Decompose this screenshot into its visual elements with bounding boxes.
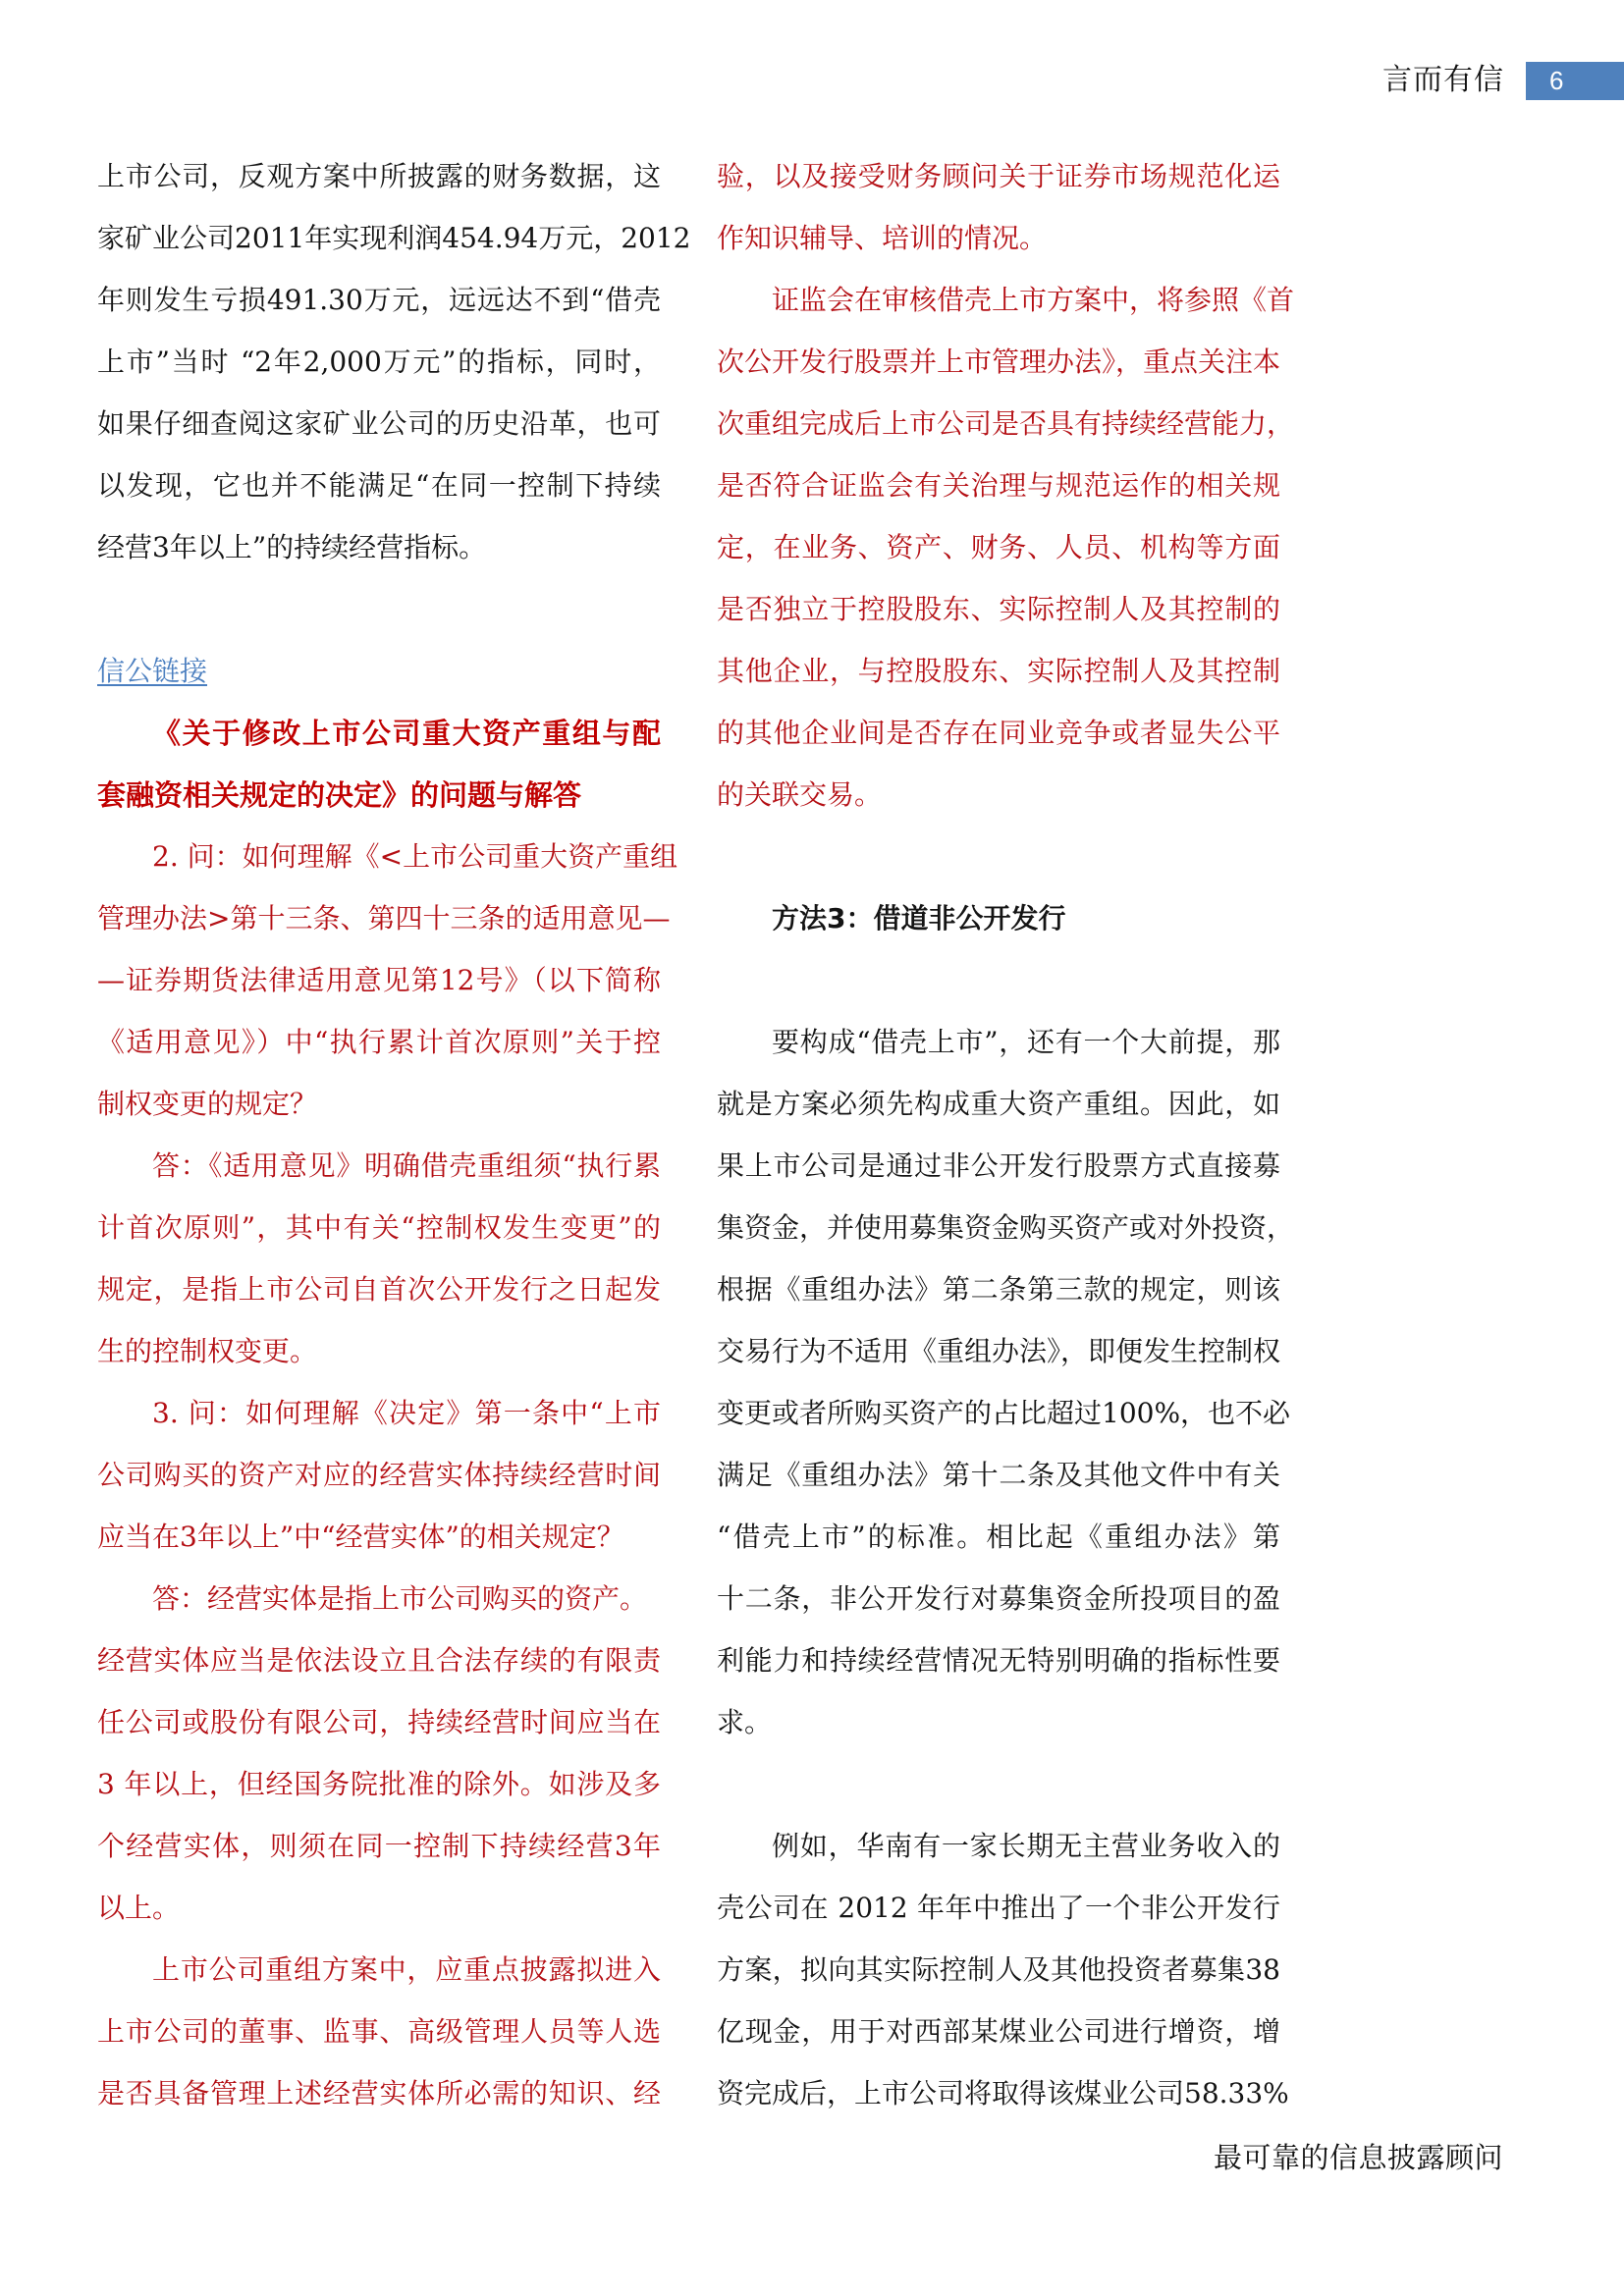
answer-line: 规定，是指上市公司自首次公开发行之日起发 — [97, 1270, 661, 1309]
answer-line: 经营实体应当是依法设立且合法存续的有限责 — [97, 1641, 661, 1681]
text-line: 就是方案必须先构成重大资产重组。因此，如 — [717, 1085, 1280, 1124]
text-line: 变更或者所购买资产的占比超过100%，也不必 — [717, 1394, 1280, 1433]
xingong-link-row: 信公链接 — [97, 652, 661, 691]
text-line: 其他企业，与控股股东、实际控制人及其控制 — [717, 652, 1280, 691]
text-line: 作知识辅导、培训的情况。 — [717, 219, 1280, 258]
text-line: 次重组完成后上市公司是否具有持续经营能力， — [717, 404, 1280, 444]
text-line: 上市公司重组方案中，应重点披露拟进入 — [97, 1950, 661, 1990]
answer-line: 3 年以上，但经国务院批准的除外。如涉及多 — [97, 1765, 661, 1804]
text-line: 以发现，它也并不能满足“在同一控制下持续 — [97, 466, 661, 506]
answer-line: 计首次原则”，其中有关“控制权发生变更”的 — [97, 1208, 661, 1248]
text-line: 是否符合证监会有关治理与规范运作的相关规 — [717, 466, 1280, 506]
question-line: 《适用意见》）中“执行累计首次原则”关于控 — [97, 1023, 661, 1062]
answer-line: 生的控制权变更。 — [97, 1332, 661, 1371]
text-line: 是否具备管理上述经营实体所必需的知识、经 — [97, 2074, 661, 2113]
question-line: 制权变更的规定？ — [97, 1085, 661, 1124]
text-line: 方案，拟向其实际控制人及其他投资者募集38 — [717, 1950, 1280, 1990]
text-line: 亿现金，用于对西部某煤业公司进行增资，增 — [717, 2012, 1280, 2052]
text-line: 的关联交易。 — [717, 775, 1280, 815]
question-line: 公司购买的资产对应的经营实体持续经营时间 — [97, 1456, 661, 1495]
text-line: 壳公司在 2012 年年中推出了一个非公开发行 — [717, 1889, 1280, 1928]
text-line: 上市公司的董事、监事、高级管理人员等人选 — [97, 2012, 661, 2052]
text-line: 定，在业务、资产、财务、人员、机构等方面 — [717, 528, 1280, 567]
question-line: 管理办法>第十三条、第四十三条的适用意见— — [97, 899, 661, 938]
question-line: 2. 问：如何理解《<上市公司重大资产重组 — [97, 837, 661, 877]
page-number-badge: 6 — [1526, 62, 1624, 100]
page-number: 6 — [1549, 66, 1563, 95]
footer-tagline: 最可靠的信息披露顾问 — [1214, 2138, 1503, 2177]
section-heading: 《关于修改上市公司重大资产重组与配 — [97, 714, 661, 753]
text-line: 根据《重组办法》第二条第三款的规定，则该 — [717, 1270, 1280, 1309]
question-line: 3. 问：如何理解《决定》第一条中“上市 — [97, 1394, 661, 1433]
header-title: 言而有信 — [1382, 61, 1504, 100]
text-line: 次公开发行股票并上市管理办法》，重点关注本 — [717, 343, 1280, 382]
text-line: 家矿业公司2011年实现利润454.94万元，2012 — [97, 219, 661, 258]
text-line: 经营3年以上”的持续经营指标。 — [97, 528, 661, 567]
document-page: 言而有信 6 上市公司，反观方案中所披露的财务数据，这 家矿业公司2011年实现… — [0, 0, 1624, 2296]
text-line: 集资金，并使用募集资金购买资产或对外投资， — [717, 1208, 1280, 1248]
section-heading: 套融资相关规定的决定》的问题与解答 — [97, 775, 661, 815]
answer-line: 答：《适用意见》明确借壳重组须“执行累 — [97, 1147, 661, 1186]
text-line: 交易行为不适用《重组办法》，即便发生控制权 — [717, 1332, 1280, 1371]
text-line: 利能力和持续经营情况无特别明确的指标性要 — [717, 1641, 1280, 1681]
question-line: 应当在3年以上”中“经营实体”的相关规定？ — [97, 1518, 661, 1557]
text-line: “借壳上市”的标准。相比起《重组办法》第 — [717, 1518, 1280, 1557]
text-line: 年则发生亏损491.30万元，远远达不到“借壳 — [97, 281, 661, 320]
text-line: 是否独立于控股股东、实际控制人及其控制的 — [717, 590, 1280, 629]
text-line: 果上市公司是通过非公开发行股票方式直接募 — [717, 1147, 1280, 1186]
text-line: 的其他企业间是否存在同业竞争或者显失公平 — [717, 714, 1280, 753]
method-heading: 方法3：借道非公开发行 — [717, 899, 1280, 938]
text-line: 上市”当时 “2年2,000万元”的指标，同时， — [97, 343, 661, 382]
question-line: —证券期货法律适用意见第12号》（以下简称 — [97, 961, 661, 1000]
answer-line: 个经营实体，则须在同一控制下持续经营3年 — [97, 1827, 661, 1866]
text-line: 满足《重组办法》第十二条及其他文件中有关 — [717, 1456, 1280, 1495]
text-line: 例如，华南有一家长期无主营业务收入的 — [717, 1827, 1280, 1866]
text-line: 资完成后，上市公司将取得该煤业公司58.33% — [717, 2074, 1280, 2113]
text-line: 求。 — [717, 1703, 1280, 1742]
answer-line: 以上。 — [97, 1889, 661, 1928]
answer-line: 答：经营实体是指上市公司购买的资产。 — [97, 1579, 661, 1619]
text-line: 验，以及接受财务顾问关于证券市场规范化运 — [717, 157, 1280, 196]
text-line: 十二条，非公开发行对募集资金所投项目的盈 — [717, 1579, 1280, 1619]
text-line: 如果仔细查阅这家矿业公司的历史沿革，也可 — [97, 404, 661, 444]
xingong-link[interactable]: 信公链接 — [97, 655, 207, 687]
text-line: 要构成“借壳上市”，还有一个大前提，那 — [717, 1023, 1280, 1062]
text-line: 证监会在审核借壳上市方案中，将参照《首 — [717, 281, 1280, 320]
answer-line: 任公司或股份有限公司，持续经营时间应当在 — [97, 1703, 661, 1742]
text-line: 上市公司，反观方案中所披露的财务数据，这 — [97, 157, 661, 196]
